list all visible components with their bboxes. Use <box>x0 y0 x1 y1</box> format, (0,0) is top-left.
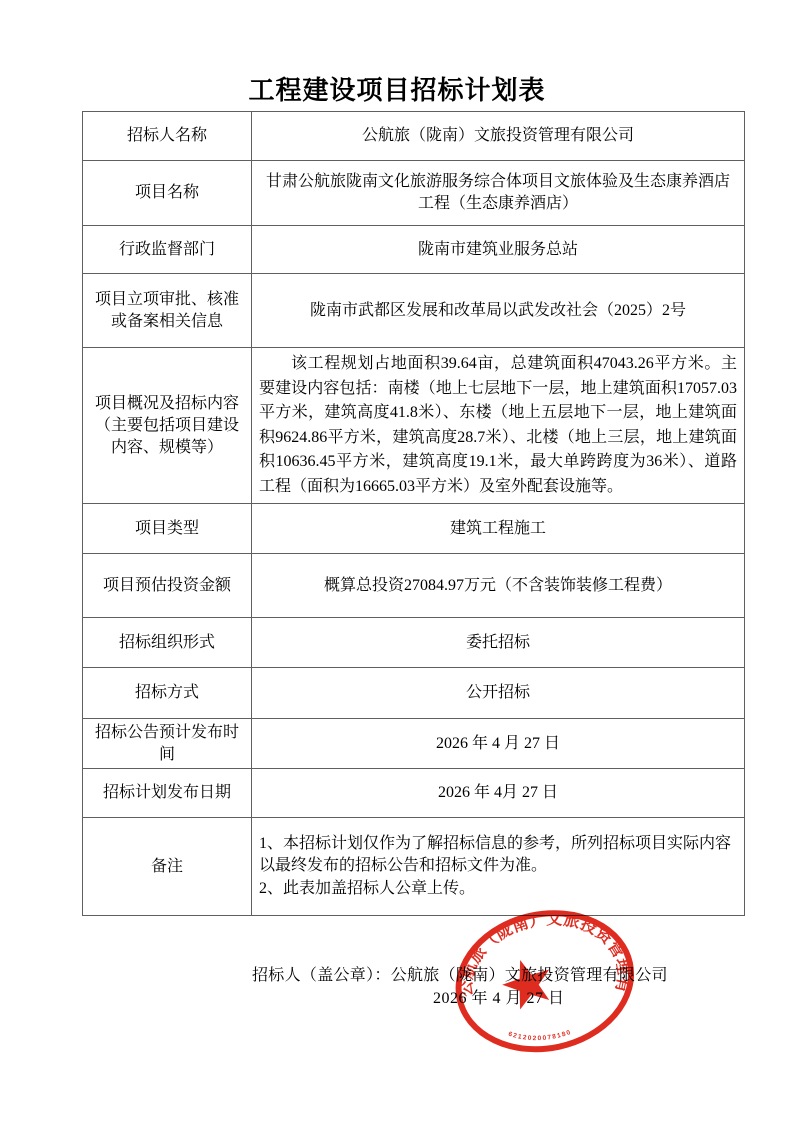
row-label: 招标组织形式 <box>83 618 252 668</box>
table-row: 项目预估投资金额概算总投资27084.97万元（不含装饰装修工程费） <box>83 554 745 618</box>
row-label: 项目立项审批、核准或备案相关信息 <box>83 274 252 348</box>
row-label: 招标方式 <box>83 668 252 719</box>
table-row: 项目立项审批、核准或备案相关信息陇南市武都区发展和改革局以武发改社会（2025）… <box>83 274 745 348</box>
table-row: 项目概况及招标内容（主要包括项目建设内容、规模等）该工程规划占地面积39.64亩… <box>83 348 745 504</box>
row-value: 委托招标 <box>252 618 745 668</box>
row-label: 备注 <box>83 818 252 916</box>
table-row: 项目类型建筑工程施工 <box>83 504 745 554</box>
row-value: 2026 年 4月 27 日 <box>252 769 745 818</box>
row-value: 公航旅（陇南）文旅投资管理有限公司 <box>252 112 745 161</box>
document-page: 工程建设项目招标计划表 招标人名称公航旅（陇南）文旅投资管理有限公司项目名称甘肃… <box>0 0 793 1122</box>
table-row: 招标人名称公航旅（陇南）文旅投资管理有限公司 <box>83 112 745 161</box>
row-value: 1、本招标计划仅作为了解招标信息的参考，所列招标项目实际内容以最终发布的招标公告… <box>252 818 745 916</box>
row-label: 招标公告预计发布时间 <box>83 719 252 769</box>
table-row: 备注1、本招标计划仅作为了解招标信息的参考，所列招标项目实际内容以最终发布的招标… <box>83 818 745 916</box>
table-row: 招标公告预计发布时间2026 年 4 月 27 日 <box>83 719 745 769</box>
row-label: 招标人名称 <box>83 112 252 161</box>
row-value: 概算总投资27084.97万元（不含装饰装修工程费） <box>252 554 745 618</box>
row-value: 该工程规划占地面积39.64亩，总建筑面积47043.26平方米。主要建设内容包… <box>252 348 745 504</box>
row-value: 建筑工程施工 <box>252 504 745 554</box>
row-value: 陇南市武都区发展和改革局以武发改社会（2025）2号 <box>252 274 745 348</box>
seal-star-icon <box>497 952 559 1012</box>
company-seal-stamp: 公航旅（陇南）文旅投资管理有限公司 6212020078180 <box>439 891 653 1073</box>
row-value: 公开招标 <box>252 668 745 719</box>
row-label: 项目类型 <box>83 504 252 554</box>
page-title: 工程建设项目招标计划表 <box>82 70 712 107</box>
table-row: 招标计划发布日期2026 年 4月 27 日 <box>83 769 745 818</box>
table-row: 行政监督部门陇南市建筑业服务总站 <box>83 226 745 274</box>
row-label: 项目名称 <box>83 161 252 226</box>
row-label: 招标计划发布日期 <box>83 769 252 818</box>
row-value: 甘肃公航旅陇南文化旅游服务综合体项目文旅体验及生态康养酒店工程（生态康养酒店） <box>252 161 745 226</box>
row-label: 行政监督部门 <box>83 226 252 274</box>
row-label: 项目概况及招标内容（主要包括项目建设内容、规模等） <box>83 348 252 504</box>
row-label: 项目预估投资金额 <box>83 554 252 618</box>
table-row: 招标方式公开招标 <box>83 668 745 719</box>
table-row: 招标组织形式委托招标 <box>83 618 745 668</box>
row-value: 2026 年 4 月 27 日 <box>252 719 745 769</box>
row-value: 陇南市建筑业服务总站 <box>252 226 745 274</box>
table-row: 项目名称甘肃公航旅陇南文化旅游服务综合体项目文旅体验及生态康养酒店工程（生态康养… <box>83 161 745 226</box>
bidding-plan-table: 招标人名称公航旅（陇南）文旅投资管理有限公司项目名称甘肃公航旅陇南文化旅游服务综… <box>82 111 745 916</box>
